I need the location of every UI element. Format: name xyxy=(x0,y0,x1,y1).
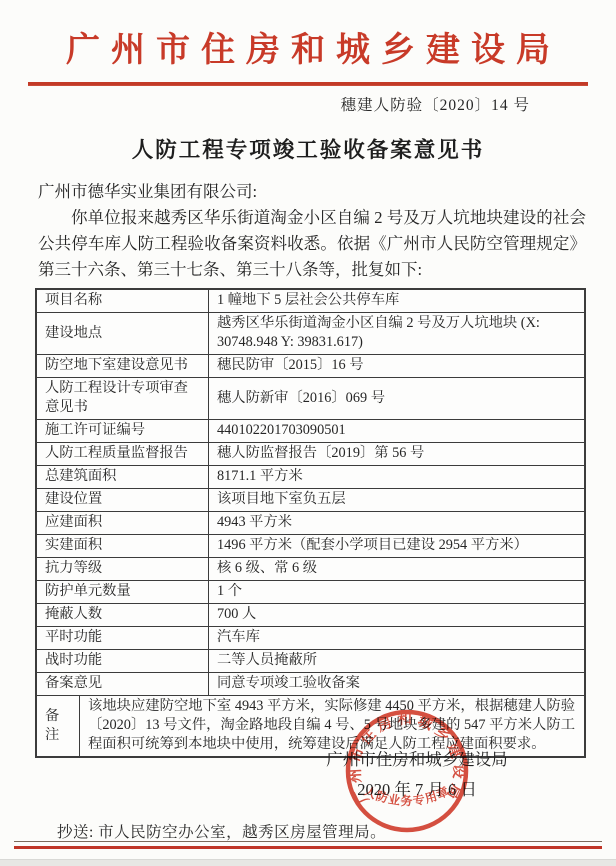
row-label: 建设地点 xyxy=(37,313,209,354)
row-label: 应建面积 xyxy=(37,512,209,534)
row-value: 440102201703090501 xyxy=(209,420,584,442)
document-title: 人防工程专项竣工验收备案意见书 xyxy=(0,133,616,164)
table-row: 应建面积 4943 平方米 xyxy=(37,511,584,534)
signature-block: 广州市住房和城乡建设局 2020 年 7 月 6 日 xyxy=(298,745,536,805)
row-value: 1496 平方米（配套小学项目已建设 2954 平方米） xyxy=(209,535,584,557)
row-label: 备案意见 xyxy=(37,673,209,695)
row-value: 越秀区华乐街道淘金小区自编 2 号及万人坑地块 (X: 30748.948 Y:… xyxy=(209,313,584,354)
row-label: 建设位置 xyxy=(37,489,209,511)
row-label: 防空地下室建设意见书 xyxy=(37,355,209,377)
table-row: 战时功能 二等人员掩蔽所 xyxy=(37,649,584,672)
body-text: 广州市德华实业集团有限公司: 你单位报来越秀区华乐街道淘金小区自编 2 号及万人… xyxy=(38,179,586,283)
row-value: 同意专项竣工验收备案 xyxy=(209,673,584,695)
issuer-name: 广州市住房和城乡建设局 xyxy=(298,745,536,775)
row-value: 穗人防新审〔2016〕069 号 xyxy=(209,378,584,419)
row-value: 二等人员掩蔽所 xyxy=(209,650,584,672)
table-row: 建设位置 该项目地下室负五层 xyxy=(37,488,584,511)
row-label: 总建筑面积 xyxy=(37,466,209,488)
row-label: 备注 xyxy=(37,696,80,756)
row-label: 抗力等级 xyxy=(37,558,209,580)
body-paragraph: 你单位报来越秀区华乐街道淘金小区自编 2 号及万人坑地块建设的社会公共停车库人防… xyxy=(38,205,586,283)
row-label: 实建面积 xyxy=(37,535,209,557)
footer-rule-thin xyxy=(14,841,602,842)
table-row: 抗力等级 核 6 级、常 6 级 xyxy=(37,557,584,580)
row-label: 施工许可证编号 xyxy=(37,420,209,442)
salutation: 广州市德华实业集团有限公司: xyxy=(38,179,586,205)
issue-date: 2020 年 7 月 6 日 xyxy=(298,775,536,805)
table-row: 总建筑面积 8171.1 平方米 xyxy=(37,465,584,488)
remark-text: 该地块应建防空地下室 4943 平方米，实际修建 4450 平方米，根据穗建人防… xyxy=(88,698,575,752)
table-row: 平时功能 汽车库 xyxy=(37,626,584,649)
table-row: 人防工程质量监督报告 穗人防监督报告〔2019〕第 56 号 xyxy=(37,442,584,465)
table-row: 实建面积 1496 平方米（配套小学项目已建设 2954 平方米） xyxy=(37,534,584,557)
letterhead-title: 广州市住房和城乡建设局 xyxy=(0,22,616,71)
row-value: 700 人 xyxy=(209,604,584,626)
row-value: 汽车库 xyxy=(209,627,584,649)
table-row: 掩蔽人数 700 人 xyxy=(37,603,584,626)
table-row: 防空地下室建设意见书 穗民防审〔2015〕16 号 xyxy=(37,354,584,377)
row-label: 人防工程设计专项审查意见书 xyxy=(37,378,209,419)
row-value: 4943 平方米 xyxy=(209,512,584,534)
letterhead-divider xyxy=(28,82,588,86)
row-value: 1 个 xyxy=(209,581,584,603)
scan-edge xyxy=(0,859,616,866)
row-label: 战时功能 xyxy=(37,650,209,672)
table-row: 建设地点 越秀区华乐街道淘金小区自编 2 号及万人坑地块 (X: 30748.9… xyxy=(37,312,584,354)
cc-line: 抄送: 市人民防空办公室，越秀区房屋管理局。 xyxy=(57,820,386,842)
row-label: 平时功能 xyxy=(37,627,209,649)
row-label: 人防工程质量监督报告 xyxy=(37,443,209,465)
table-row: 备案意见 同意专项竣工验收备案 xyxy=(37,672,584,695)
row-value: 核 6 级、常 6 级 xyxy=(209,558,584,580)
row-value: 该项目地下室负五层 xyxy=(209,489,584,511)
table-row: 人防工程设计专项审查意见书 穗人防新审〔2016〕069 号 xyxy=(37,377,584,419)
document-page: 广州市住房和城乡建设局 穗建人防验〔2020〕14 号 人防工程专项竣工验收备案… xyxy=(0,0,616,866)
row-label: 项目名称 xyxy=(37,290,209,312)
footer-rule-red xyxy=(14,846,602,849)
doc-number: 穗建人防验〔2020〕14 号 xyxy=(0,93,616,115)
row-label: 防护单元数量 xyxy=(37,581,209,603)
row-value: 穗人防监督报告〔2019〕第 56 号 xyxy=(209,443,584,465)
info-table: 项目名称 1 幢地下 5 层社会公共停车库 建设地点 越秀区华乐街道淘金小区自编… xyxy=(35,288,586,758)
row-value: 1 幢地下 5 层社会公共停车库 xyxy=(209,290,584,312)
table-row: 项目名称 1 幢地下 5 层社会公共停车库 xyxy=(37,290,584,312)
row-value: 穗民防审〔2015〕16 号 xyxy=(209,355,584,377)
row-value: 8171.1 平方米 xyxy=(209,466,584,488)
row-label: 掩蔽人数 xyxy=(37,604,209,626)
table-row: 施工许可证编号 440102201703090501 xyxy=(37,419,584,442)
table-row: 防护单元数量 1 个 xyxy=(37,580,584,603)
